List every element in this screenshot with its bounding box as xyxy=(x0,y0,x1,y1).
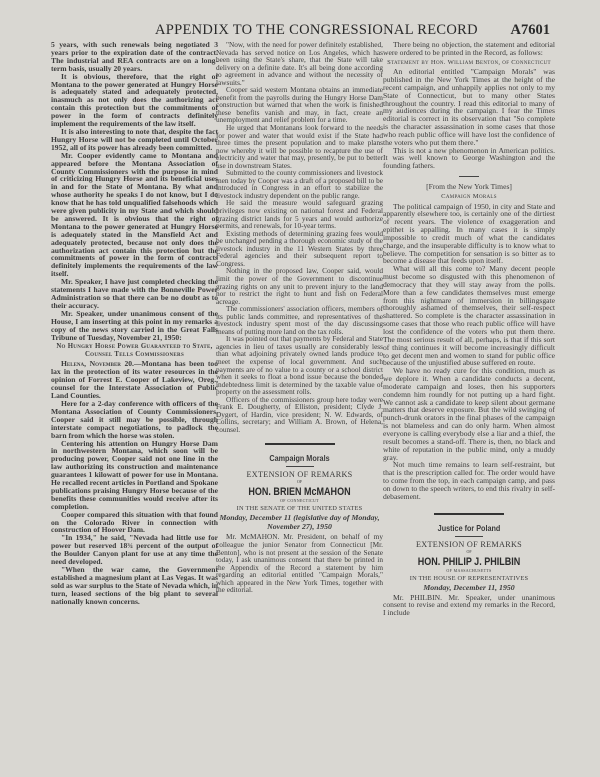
speaker-name: HON. PHILIP J. PHILBIN xyxy=(398,556,539,568)
chamber: IN THE HOUSE OF REPRESENTATIVES xyxy=(383,575,555,583)
paragraph: 5 years, with such renewals being negoti… xyxy=(51,41,218,73)
editorial-title: Campaign Morals xyxy=(383,193,555,201)
paragraph: He urged that Montanans look forward to … xyxy=(216,124,383,169)
news-paragraph: Here for a 2-day conference with officer… xyxy=(51,400,218,440)
news-paragraph: "In 1934," he said, "Nevada had little u… xyxy=(51,534,218,566)
news-paragraph: Cooper compared this situation with that… xyxy=(51,511,218,535)
statement-paragraph: An editorial entitled "Campaign Morals" … xyxy=(383,68,555,146)
editorial-paragraph: What will all this come to? Many decent … xyxy=(383,265,555,367)
statement-heading: Statement by Hon. William Benton, of Con… xyxy=(383,59,555,67)
session-date: Monday, December 11, 1950 xyxy=(383,583,555,592)
section-divider xyxy=(434,513,504,515)
paragraph: Nothing in the proposed law, Cooper said… xyxy=(216,267,383,305)
editorial-source: [From the New York Times] xyxy=(383,183,555,191)
speaker-state: of connecticut xyxy=(216,498,383,505)
editorial-paragraph: Not much time remains to learn self-rest… xyxy=(383,461,555,500)
paragraph: It is also interesting to note that, des… xyxy=(51,128,218,152)
news-paragraph: Helena, November 20.—Montana has been to… xyxy=(51,360,218,400)
column-3: There being no objection, the statement … xyxy=(383,41,555,617)
speech-paragraph: Mr. McMAHON. Mr. President, on behalf of… xyxy=(216,533,383,593)
editorial-paragraph: We have no ready cure for this condition… xyxy=(383,367,555,461)
section-title: Justice for Poland xyxy=(396,523,542,533)
page-number: A7601 xyxy=(511,22,550,39)
news-paragraph: Centering his attention on Hungry Horse … xyxy=(51,440,218,511)
speech-text: Mr. President, on behalf of my colleague… xyxy=(216,532,383,594)
speaker-state: of massachusetts xyxy=(383,568,555,575)
page-header: APPENDIX TO THE CONGRESSIONAL RECORD A76… xyxy=(50,22,550,38)
statement-paragraph: This is not a new phenomenon in American… xyxy=(383,147,555,171)
paragraph: It is obvious, therefore, that the right… xyxy=(51,73,218,128)
news-headline: No Hungry Horse Power Guaranteed to Stat… xyxy=(51,343,218,358)
paragraph: Cooper said western Montana obtains an i… xyxy=(216,86,383,124)
column-1: 5 years, with such renewals being negoti… xyxy=(51,41,218,606)
speaker-name: HON. BRIEN McMAHON xyxy=(231,486,368,498)
divider xyxy=(459,176,479,177)
chamber: IN THE SENATE OF THE UNITED STATES xyxy=(216,505,383,513)
paragraph: He said the measure would safeguard graz… xyxy=(216,199,383,229)
running-title: APPENDIX TO THE CONGRESSIONAL RECORD xyxy=(155,22,478,39)
speech-paragraph: Mr. PHILBIN. Mr. Speaker, under unanimou… xyxy=(383,594,555,618)
paragraph: The commissioners' association officers,… xyxy=(216,305,383,335)
paragraph: Mr. Speaker, under unanimous consent of … xyxy=(51,310,218,342)
paragraph: "Now, with the need for power definitely… xyxy=(216,41,383,86)
session-date: Monday, December 11 (legislative day of … xyxy=(216,513,383,531)
intro-paragraph: There being no objection, the statement … xyxy=(383,41,555,57)
extension-heading: EXTENSION OF REMARKS xyxy=(383,540,555,550)
paragraph: Submitted to the county commissioners an… xyxy=(216,169,383,199)
title-rule xyxy=(286,466,314,467)
title-rule xyxy=(455,536,483,537)
news-paragraph: "When the war came, the Government estab… xyxy=(51,566,218,606)
section-divider xyxy=(265,443,335,445)
paragraph: Existing methods of determining grazing … xyxy=(216,230,383,268)
paragraph: Mr. Speaker, I have just completed check… xyxy=(51,278,218,310)
column-2: "Now, with the need for power definitely… xyxy=(216,41,383,594)
paragraph: Mr. Cooper evidently came to Montana and… xyxy=(51,152,218,279)
extension-heading: EXTENSION OF REMARKS xyxy=(216,470,383,480)
section-title: Campaign Morals xyxy=(229,453,371,463)
paragraph: It was pointed out that payments by Fede… xyxy=(216,335,383,395)
paragraph: Officers of the commissioners group here… xyxy=(216,396,383,434)
editorial-paragraph: The political campaign of 1950, in city … xyxy=(383,203,555,266)
